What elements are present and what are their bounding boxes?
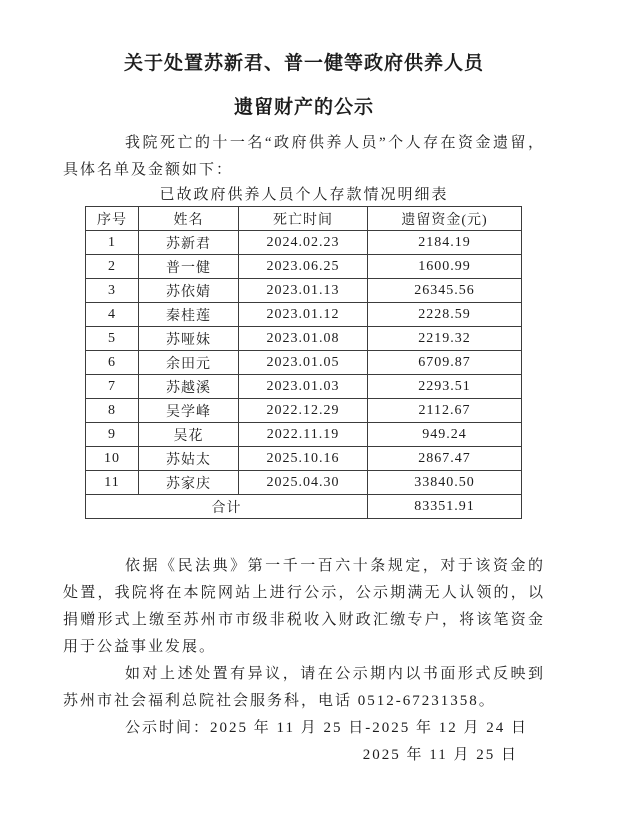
table-cell: 2184.19	[368, 231, 522, 255]
deposit-table: 序号 姓名 死亡时间 遗留资金(元) 1 苏新君 2024.02.23 2184…	[85, 206, 522, 519]
table-cell: 33840.50	[368, 471, 522, 495]
header-cell-death-date: 死亡时间	[239, 207, 368, 231]
table-row: 3 苏依婧 2023.01.13 26345.56	[86, 279, 522, 303]
table-cell: 949.24	[368, 423, 522, 447]
total-label-cell: 合计	[86, 495, 368, 519]
table-cell: 5	[86, 327, 139, 351]
table-cell: 苏姑太	[139, 447, 239, 471]
table-row: 6 余田元 2023.01.05 6709.87	[86, 351, 522, 375]
table-cell: 9	[86, 423, 139, 447]
table-cell: 2023.01.12	[239, 303, 368, 327]
table-cell: 2025.04.30	[239, 471, 368, 495]
publicity-period-line: 公示时间：2025 年 11 月 25 日-2025 年 12 月 24 日	[63, 715, 545, 742]
sign-date: 2025 年 11 月 25 日	[63, 742, 545, 769]
table-cell: 1600.99	[368, 255, 522, 279]
table-row: 1 苏新君 2024.02.23 2184.19	[86, 231, 522, 255]
header-cell-name: 姓名	[139, 207, 239, 231]
intro-paragraph: 我院死亡的十一名“政府供养人员”个人存在资金遗留，具体名单及金额如下：	[63, 130, 545, 184]
total-value-cell: 83351.91	[368, 495, 522, 519]
table-cell: 3	[86, 279, 139, 303]
table-cell: 2228.59	[368, 303, 522, 327]
page-title-line1: 关于处置苏新君、普一健等政府供养人员	[63, 42, 545, 86]
table-cell: 7	[86, 375, 139, 399]
table-cell: 2023.01.05	[239, 351, 368, 375]
legal-paragraph: 依据《民法典》第一千一百六十条规定，对于该资金的处置，我院将在本院网站上进行公示…	[63, 553, 545, 661]
table-header-row: 序号 姓名 死亡时间 遗留资金(元)	[86, 207, 522, 231]
table-row: 5 苏哑妹 2023.01.08 2219.32	[86, 327, 522, 351]
table-cell: 苏家庆	[139, 471, 239, 495]
table-cell: 吴花	[139, 423, 239, 447]
table-row: 8 吴学峰 2022.12.29 2112.67	[86, 399, 522, 423]
header-cell-amount: 遗留资金(元)	[368, 207, 522, 231]
table-cell: 4	[86, 303, 139, 327]
table-row: 11 苏家庆 2025.04.30 33840.50	[86, 471, 522, 495]
table-cell: 6	[86, 351, 139, 375]
table-row: 10 苏姑太 2025.10.16 2867.47	[86, 447, 522, 471]
notice-content: 关于处置苏新君、普一健等政府供养人员 遗留财产的公示 我院死亡的十一名“政府供养…	[0, 0, 629, 769]
table-cell: 2023.06.25	[239, 255, 368, 279]
table-cell: 2867.47	[368, 447, 522, 471]
table-cell: 2293.51	[368, 375, 522, 399]
table-cell: 余田元	[139, 351, 239, 375]
table-cell: 苏依婧	[139, 279, 239, 303]
table-cell: 2	[86, 255, 139, 279]
table-cell: 苏哑妹	[139, 327, 239, 351]
table-cell: 普一健	[139, 255, 239, 279]
page-title: 关于处置苏新君、普一健等政府供养人员 遗留财产的公示	[63, 42, 545, 130]
table-cell: 2023.01.08	[239, 327, 368, 351]
table-cell: 10	[86, 447, 139, 471]
table-cell: 吴学峰	[139, 399, 239, 423]
table-total-row: 合计 83351.91	[86, 495, 522, 519]
table-cell: 2022.11.19	[239, 423, 368, 447]
table-row: 9 吴花 2022.11.19 949.24	[86, 423, 522, 447]
table-cell: 11	[86, 471, 139, 495]
header-cell-index: 序号	[86, 207, 139, 231]
table-cell: 1	[86, 231, 139, 255]
table-cell: 秦桂莲	[139, 303, 239, 327]
table-cell: 2024.02.23	[239, 231, 368, 255]
table-cell: 2023.01.13	[239, 279, 368, 303]
table-cell: 2112.67	[368, 399, 522, 423]
table-cell: 26345.56	[368, 279, 522, 303]
page-title-line2: 遗留财产的公示	[63, 86, 545, 130]
table-cell: 苏新君	[139, 231, 239, 255]
table-row: 7 苏越溪 2023.01.03 2293.51	[86, 375, 522, 399]
table-cell: 2025.10.16	[239, 447, 368, 471]
table-cell: 苏越溪	[139, 375, 239, 399]
table-row: 4 秦桂莲 2023.01.12 2228.59	[86, 303, 522, 327]
table-cell: 2023.01.03	[239, 375, 368, 399]
table-cell: 2022.12.29	[239, 399, 368, 423]
table-row: 2 普一健 2023.06.25 1600.99	[86, 255, 522, 279]
table-caption: 已故政府供养人员个人存款情况明细表	[63, 184, 545, 206]
objection-paragraph: 如对上述处置有异议，请在公示期内以书面形式反映到苏州市社会福利总院社会服务科，电…	[63, 661, 545, 715]
notice-page: 关于处置苏新君、普一健等政府供养人员 遗留财产的公示 我院死亡的十一名“政府供养…	[0, 0, 629, 822]
table-cell: 2219.32	[368, 327, 522, 351]
table-cell: 8	[86, 399, 139, 423]
table-cell: 6709.87	[368, 351, 522, 375]
notice-body: 依据《民法典》第一千一百六十条规定，对于该资金的处置，我院将在本院网站上进行公示…	[63, 553, 545, 769]
